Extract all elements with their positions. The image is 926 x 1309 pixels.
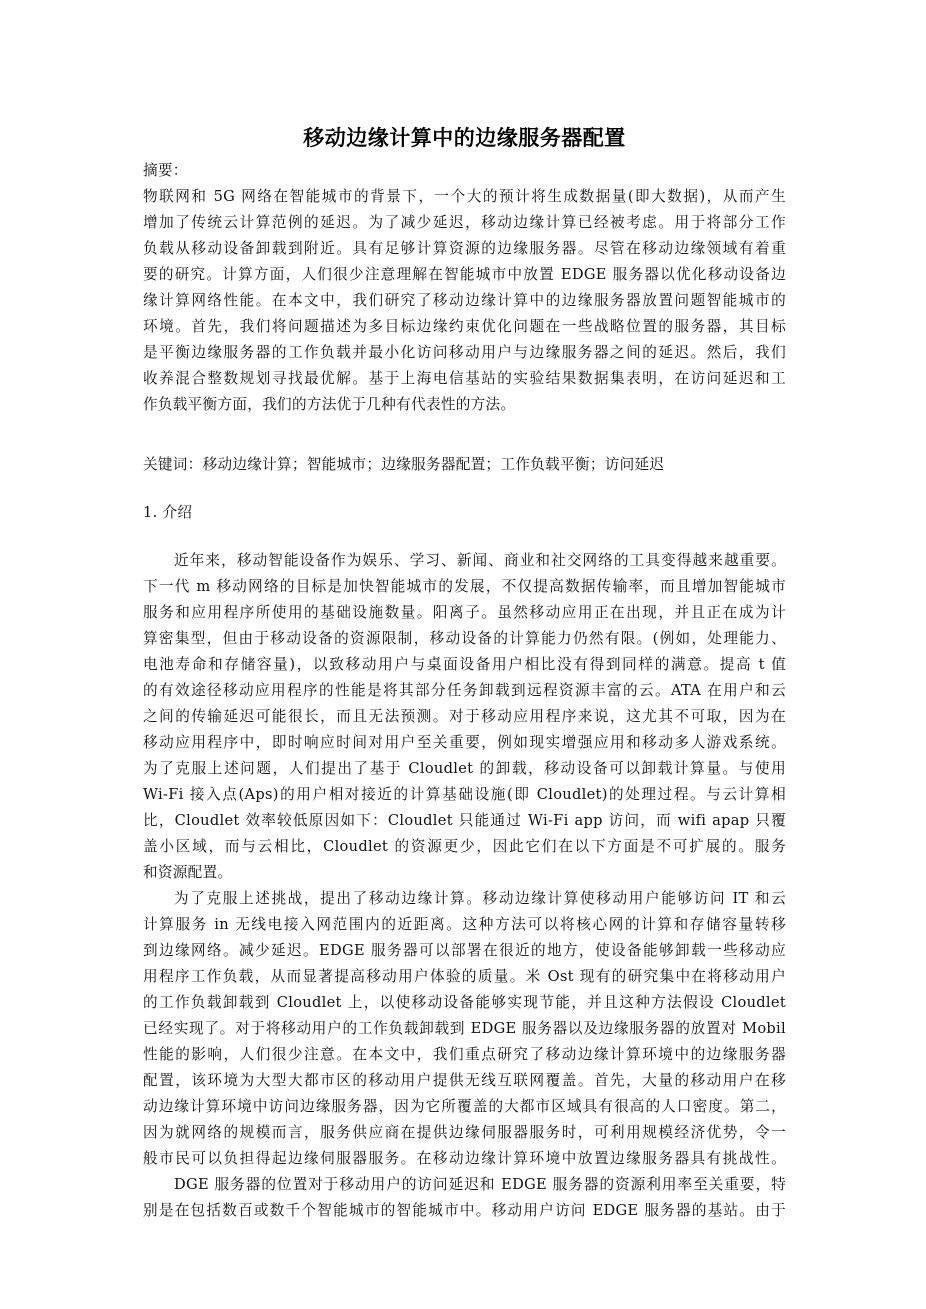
- section-heading-introduction: 1. 介绍: [143, 500, 192, 526]
- abstract-line: 物联网和 5G 网络在智能城市的背景下，一个大的预计将生成数据量(即大数据)，从…: [143, 184, 786, 210]
- body-line: 比，Cloudlet 效率较低原因如下：Cloudlet 只能通过 Wi-Fi …: [143, 808, 786, 834]
- body-line: 配置，该环境为大型大都市区的移动用户提供无线互联网覆盖。首先，大量的移动用户在移: [143, 1068, 786, 1094]
- body-line: 因为就网络的规模而言，服务供应商在提供边缘伺服器服务时，可利用规模经济优势，令一: [143, 1120, 786, 1146]
- body-line: 已经实现了。对于将移动用户的工作负载卸载到 EDGE 服务器以及边缘服务器的放置…: [143, 1016, 786, 1042]
- abstract-line: 缘计算网络性能。在本文中，我们研究了移动边缘计算中的边缘服务器放置问题智能城市的: [143, 288, 786, 314]
- body-line: 移动应用程序中，即时响应时间对用户至关重要，例如现实增强应用和移动多人游戏系统。: [143, 730, 786, 756]
- abstract-heading: 摘要：: [143, 158, 188, 184]
- body-line: 别是在包括数百或数千个智能城市的智能城市中。移动用户访问 EDGE 服务器的基站…: [143, 1198, 786, 1224]
- body-line: 电池寿命和存储容量)，以致移动用户与桌面设备用户相比没有得到同样的满意。提高 t…: [143, 652, 786, 678]
- body-line: 盖小区域，而与云相比，Cloudlet 的资源更少，因此它们在以下方面是不可扩展…: [143, 834, 786, 860]
- body-line: DGE 服务器的位置对于移动用户的访问延迟和 EDGE 服务器的资源利用率至关重…: [143, 1172, 786, 1198]
- body-line: 用程序工作负载，从而显著提高移动用户体验的质量。米 Ost 现有的研究集中在将移…: [143, 964, 786, 990]
- abstract-line: 是平衡边缘服务器的工作负载并最小化访问移动用户与边缘服务器之间的延迟。然后，我们: [143, 340, 786, 366]
- body-line: 的有效途径移动应用程序的性能是将其部分任务卸载到远程资源丰富的云。ATA 在用户…: [143, 678, 786, 704]
- body-line: 为了克服上述挑战，提出了移动边缘计算。移动边缘计算使移动用户能够访问 IT 和云: [143, 886, 786, 912]
- body-line: 近年来，移动智能设备作为娱乐、学习、新闻、商业和社交网络的工具变得越来越重要。: [143, 548, 786, 574]
- abstract-line: 负载从移动设备卸载到附近。具有足够计算资源的边缘服务器。尽管在移动边缘领域有着重: [143, 236, 786, 262]
- body-line: 之间的传输延迟可能很长，而且无法预测。对于移动应用程序来说，这尤其不可取，因为在: [143, 704, 786, 730]
- body-line: 的工作负载卸载到 Cloudlet 上，以使移动设备能够实现节能，并且这种方法假…: [143, 990, 786, 1016]
- body-line: 和资源配置。: [143, 860, 232, 886]
- body-line: 到边缘网络。减少延迟。EDGE 服务器可以部署在很近的地方，使设备能够卸载一些移…: [143, 938, 786, 964]
- abstract-line: 收养混合整数规划寻找最优解。基于上海电信基站的实验结果数据集表明，在访问延迟和工: [143, 366, 786, 392]
- abstract-line: 增加了传统云计算范例的延迟。为了减少延迟，移动边缘计算已经被考虑。用于将部分工作: [143, 210, 786, 236]
- body-line: 般市民可以负担得起边缘伺服器服务。在移动边缘计算环境中放置边缘服务器具有挑战性。: [143, 1146, 786, 1172]
- abstract-line: 要的研究。计算方面，人们很少注意理解在智能城市中放置 EDGE 服务器以优化移动…: [143, 262, 786, 288]
- body-line: 性能的影响，人们很少注意。在本文中，我们重点研究了移动边缘计算环境中的边缘服务器: [143, 1042, 786, 1068]
- body-line: 为了克服上述问题，人们提出了基于 Cloudlet 的卸载，移动设备可以卸载计算…: [143, 756, 786, 782]
- body-line: 下一代 m 移动网络的目标是加快智能城市的发展，不仅提高数据传输率，而且增加智能…: [143, 574, 786, 600]
- abstract-line: 环境。首先，我们将问题描述为多目标边缘约束优化问题在一些战略位置的服务器，其目标: [143, 314, 786, 340]
- keywords: 关键词：移动边缘计算；智能城市；边缘服务器配置；工作负载平衡；访问延迟: [143, 452, 664, 478]
- body-line: 服务和应用程序所使用的基础设施数量。阳离子。虽然移动应用正在出现，并且正在成为计: [143, 600, 786, 626]
- body-line: 计算服务 in 无线电接入网范围内的近距离。这种方法可以将核心网的计算和存储容量…: [143, 912, 786, 938]
- abstract-line: 作负载平衡方面，我们的方法优于几种有代表性的方法。: [143, 392, 515, 418]
- paper-title: 移动边缘计算中的边缘服务器配置: [143, 122, 786, 152]
- body-line: Wi-Fi 接入点(Aps)的用户相对接近的计算基础设施(即 Cloudlet)…: [143, 782, 786, 808]
- body-line: 算密集型，但由于移动设备的资源限制，移动设备的计算能力仍然有限。(例如，处理能力…: [143, 626, 786, 652]
- body-line: 动边缘计算环境中访问边缘服务器，因为它所覆盖的大都市区域具有很高的人口密度。第二…: [143, 1094, 786, 1120]
